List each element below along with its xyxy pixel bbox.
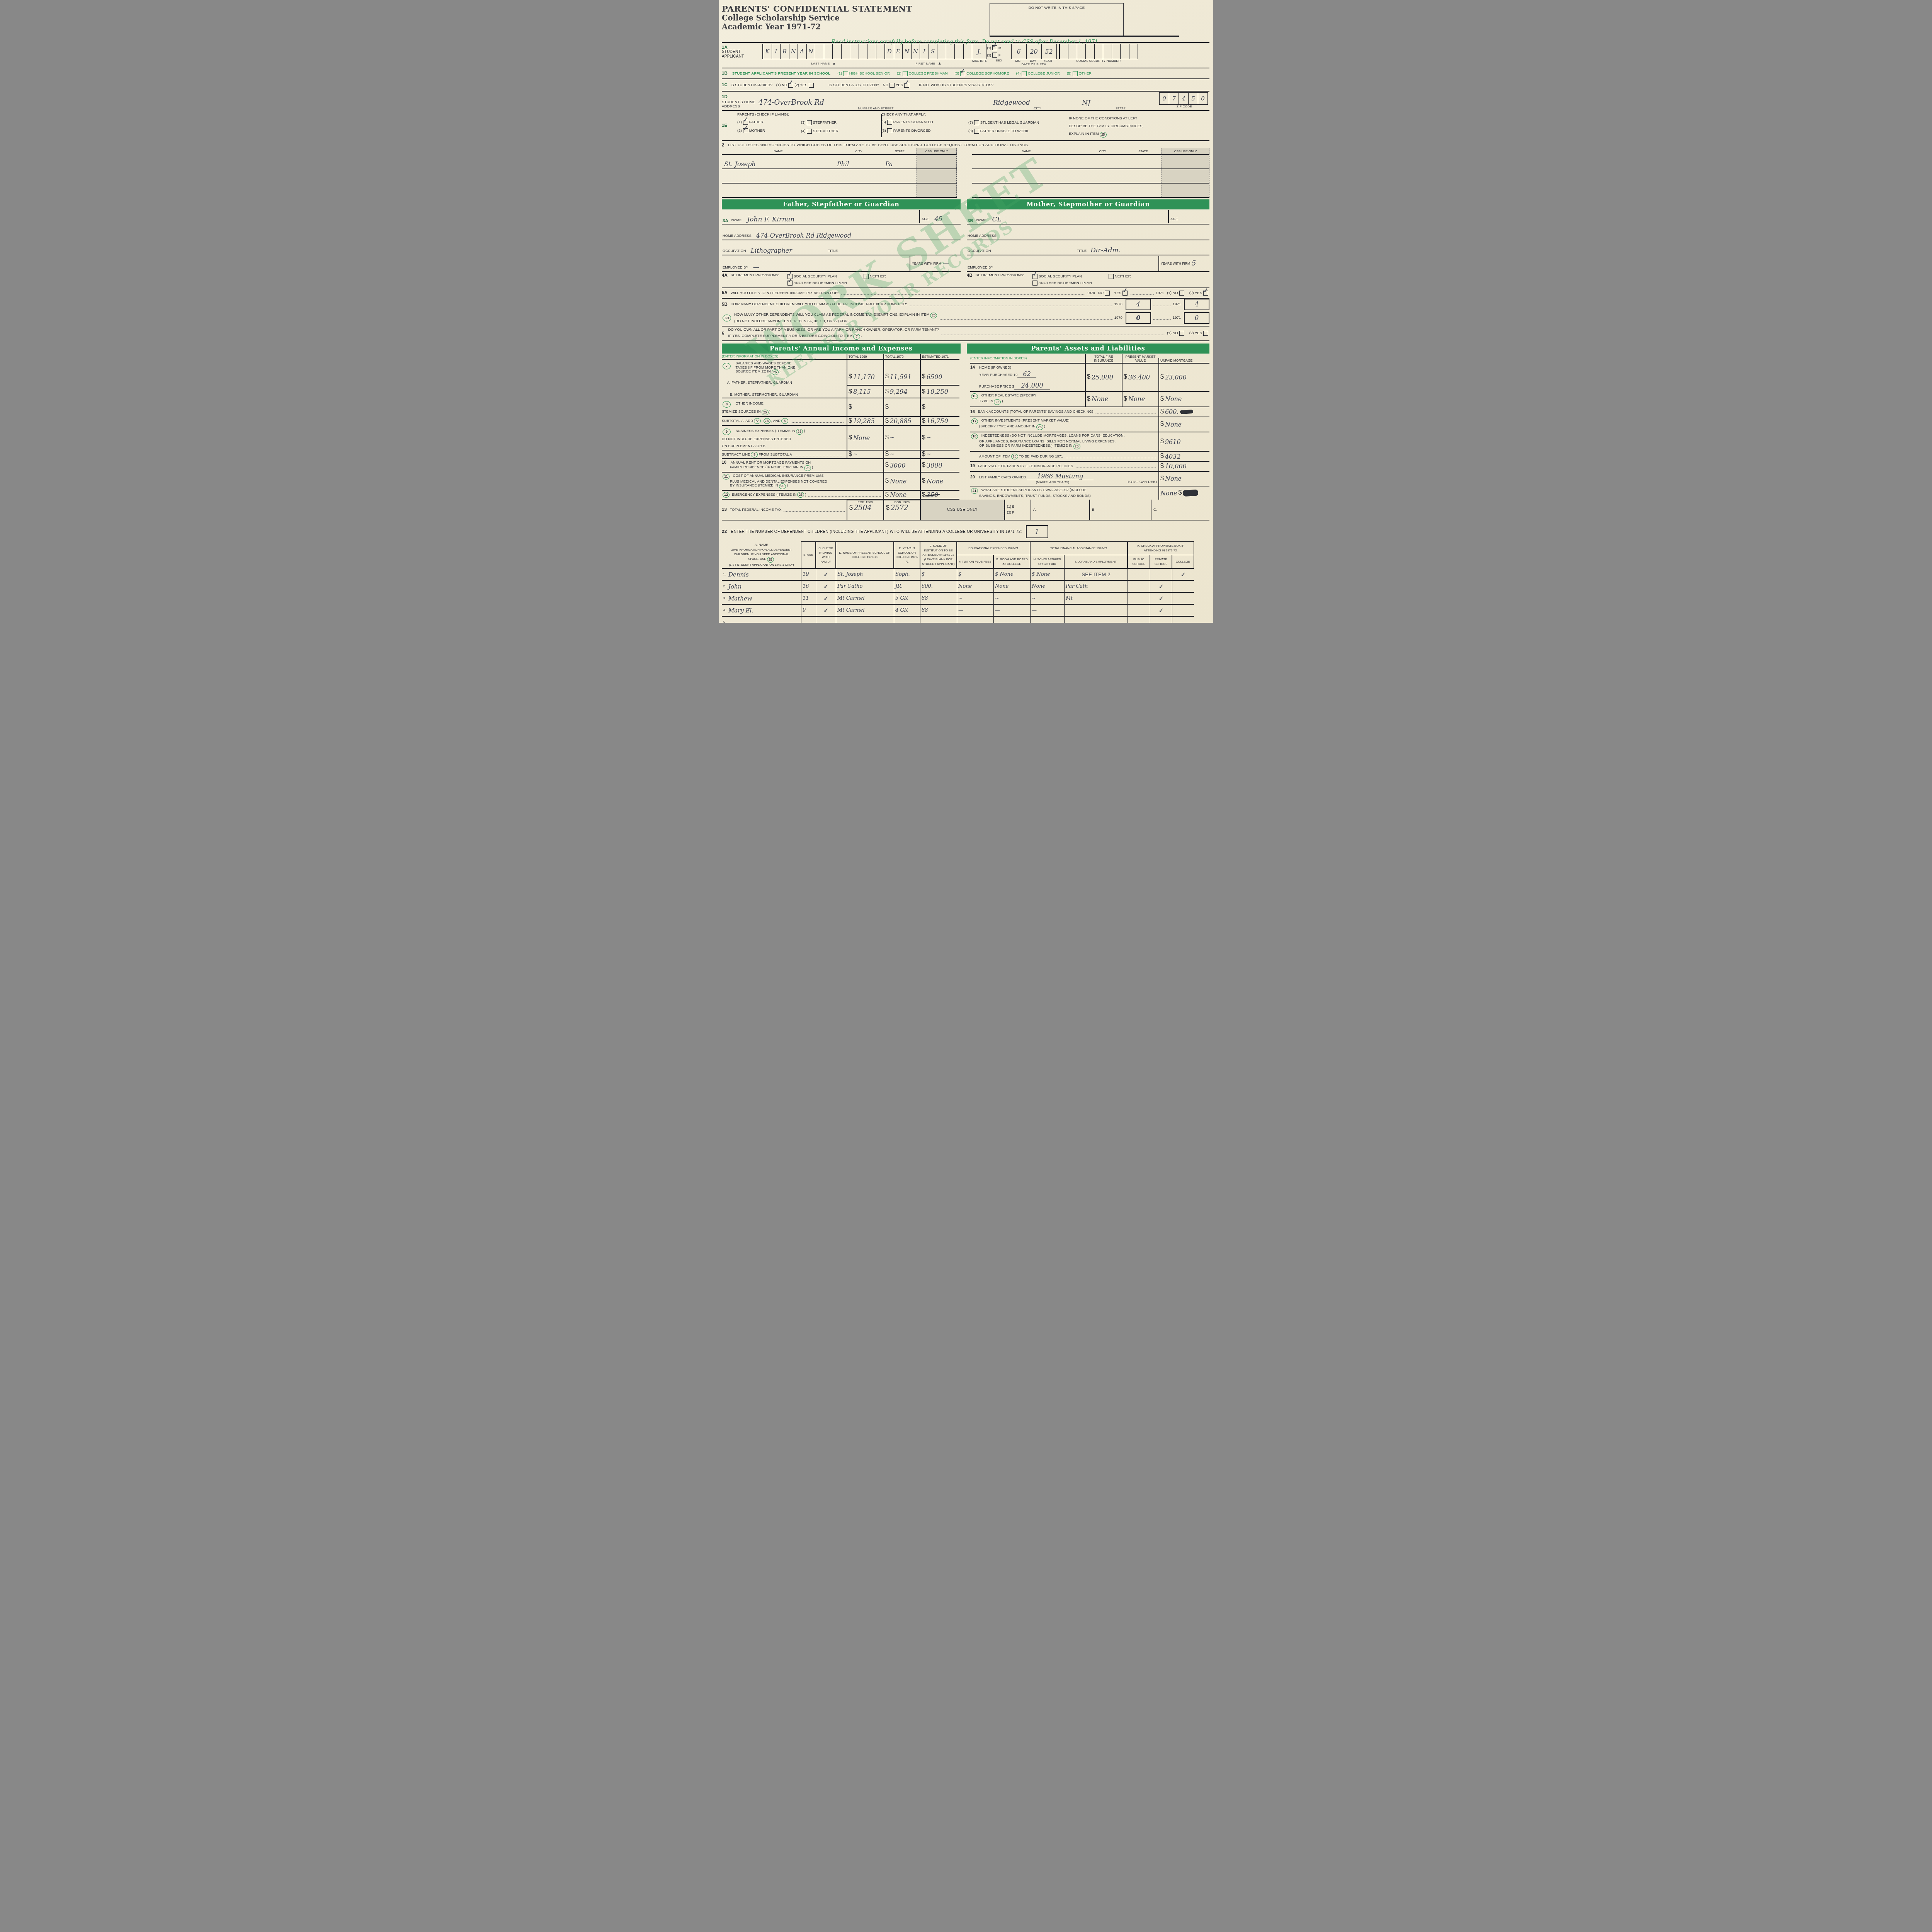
college-row-empty[interactable]: [972, 183, 1080, 197]
letter-box[interactable]: [1120, 44, 1129, 59]
sex-male-checkbox[interactable]: ✓: [992, 45, 997, 50]
child-living-cell[interactable]: ✓: [816, 616, 836, 623]
dependents-1971-box[interactable]: 4: [1184, 299, 1209, 310]
child-age-cell[interactable]: [801, 616, 816, 623]
letter-box[interactable]: 5: [1189, 92, 1198, 105]
letter-box[interactable]: K: [763, 44, 772, 59]
stepmother-label: STEPMOTHER: [813, 129, 838, 133]
stepmother-checkbox[interactable]: ✓: [807, 129, 812, 134]
child-year-cell[interactable]: 4 GR: [894, 604, 920, 616]
family-cars-label: 20 LIST FAMILY CARS OWNED 1966 Mustang (…: [970, 472, 1158, 487]
col-city: CITY: [835, 148, 883, 154]
dependents-1970-box[interactable]: 4: [1126, 299, 1151, 310]
bank-accounts-value[interactable]: $600.: [1158, 407, 1209, 417]
subtotal-1969[interactable]: $19,285: [847, 417, 883, 426]
child-school-cell[interactable]: Mt Carmel: [836, 592, 894, 604]
medical-1971[interactable]: $None: [920, 473, 959, 491]
head-public: PUBLIC SCHOOL: [1128, 555, 1150, 568]
college-freshman-checkbox[interactable]: ✓: [903, 71, 908, 76]
ore-market-value[interactable]: $None: [1122, 392, 1158, 408]
mother-band: Mother, Stepmother or Guardian: [967, 199, 1209, 209]
day-caption: DAY: [1026, 59, 1041, 63]
form-title: PARENTS' CONFIDENTIAL STATEMENT: [722, 4, 1209, 14]
father-unable-label: FATHER UNABLE TO WORK: [980, 129, 1029, 133]
letter-box[interactable]: [1094, 44, 1103, 59]
child-college-cell[interactable]: ✓: [1172, 580, 1194, 592]
medical-1970[interactable]: $None: [883, 473, 920, 491]
letter-box[interactable]: [867, 44, 876, 59]
net-1970[interactable]: $~: [883, 451, 920, 459]
net-1969[interactable]: $~: [847, 451, 883, 459]
father-wages-1969[interactable]: $11,170: [847, 369, 883, 386]
citizen-question: IS STUDENT A U.S. CITIZEN?: [829, 83, 879, 87]
head-k: K. CHECK APPROPRIATE BOX IF ATTENDING IN…: [1128, 541, 1194, 554]
college-junior-checkbox[interactable]: ✓: [1022, 71, 1027, 76]
assets-table: (ENTER INFORMATION IN BOXES) TOTAL FIRE …: [970, 354, 1209, 500]
letter-box[interactable]: [815, 44, 824, 59]
married-no-checkbox[interactable]: ✓: [788, 83, 793, 88]
mother-wages-1970[interactable]: $9,294: [883, 386, 920, 398]
business-question: DO YOU OWN ALL OR PART OF A BUSINESS, OR…: [728, 327, 939, 333]
child-institution-cell[interactable]: Mt: [1064, 592, 1128, 604]
mother-wages-1971[interactable]: $10,250: [920, 386, 959, 398]
bus-exp-1971[interactable]: $~: [920, 426, 959, 451]
car-debt-value[interactable]: $None: [1158, 472, 1209, 487]
letter-box[interactable]: R: [780, 44, 789, 59]
letter-box[interactable]: [1077, 44, 1086, 59]
other-income-1971[interactable]: $: [920, 398, 959, 417]
child-tuition-cell[interactable]: 88: [920, 592, 957, 604]
child-private-cell[interactable]: ✓: [1150, 616, 1172, 623]
child-room-cell[interactable]: [957, 616, 993, 623]
sex-field: (1) ✓ M (2) ✓ F SEX: [987, 44, 1011, 68]
child-private-cell[interactable]: ✓: [1150, 568, 1172, 580]
child-school-cell[interactable]: Par Catho: [836, 580, 894, 592]
child-year-cell[interactable]: Soph.: [894, 568, 920, 580]
col-name: NAME: [722, 148, 835, 154]
state-field[interactable]: NJ STATE: [1082, 92, 1159, 110]
child-school-cell[interactable]: Mt Carmel: [836, 604, 894, 616]
do-not-write-label: DO NOT WRITE IN THIS SPACE: [990, 6, 1123, 10]
mother-years-entry[interactable]: 5: [1192, 259, 1196, 268]
child-loans-cell[interactable]: ~: [1030, 592, 1064, 604]
legal-guardian-label: STUDENT HAS LEGAL GUARDIAN: [980, 121, 1039, 125]
row-1c: 1C IS STUDENT MARRIED? (1) NO✓ (2) YES✓ …: [722, 79, 1209, 92]
ink-scribble: [1180, 410, 1193, 414]
father-years-entry[interactable]: —: [943, 260, 949, 267]
letter-box[interactable]: 0: [1159, 92, 1169, 105]
stepfather-label: STEPFATHER: [813, 121, 837, 125]
joint-1971-no-checkbox[interactable]: ✓: [1179, 291, 1184, 296]
tax-1970-cell[interactable]: FOR 1970 $2572: [883, 500, 920, 520]
child-college-cell[interactable]: ✓: [1172, 604, 1194, 616]
amount-paid-1971-value[interactable]: $4032: [1158, 452, 1209, 462]
city-field[interactable]: Ridgewood CITY: [993, 92, 1082, 110]
child-tuition-cell[interactable]: [920, 616, 957, 623]
letter-box[interactable]: 0: [1198, 92, 1208, 105]
stepfather-checkbox[interactable]: ✓: [807, 120, 812, 125]
first-name-caption: FIRST NAME: [915, 62, 935, 65]
css-b-cell: B.: [1089, 500, 1151, 520]
college-sophomore-label: COLLEGE SOPHOMORE: [966, 71, 1009, 76]
attending-count-box[interactable]: 1: [1026, 525, 1048, 538]
child-age-cell[interactable]: 11: [801, 592, 816, 604]
purchase-price-entry[interactable]: 24,000: [1014, 382, 1050, 389]
letter-box[interactable]: [963, 44, 972, 59]
neither-checkbox-4a[interactable]: ✓: [864, 274, 869, 279]
student-assets-value[interactable]: None$: [1158, 486, 1209, 500]
child-private-cell[interactable]: ✓: [1150, 604, 1172, 616]
child-year-cell[interactable]: JR.: [894, 580, 920, 592]
parents-separated-checkbox[interactable]: ✓: [887, 120, 892, 125]
family-cars-entry[interactable]: 1966 Mustang: [1027, 473, 1094, 480]
college-row-empty[interactable]: [722, 183, 835, 197]
mother-wages-1969[interactable]: $8,115: [847, 386, 883, 398]
letter-box[interactable]: A: [798, 44, 806, 59]
child-scholarship-cell[interactable]: [993, 616, 1030, 623]
student-assets-label: 21 WHAT ARE STUDENT APPLICANT'S OWN ASSE…: [970, 486, 1158, 500]
other-real-estate-label: 15 OTHER REAL ESTATE (SPECIFY TYPE IN25): [970, 392, 1085, 408]
item-25-circle: 25: [1100, 132, 1107, 138]
medical-label: 11 COST OF ANNUAL MEDICAL INSURANCE PREM…: [722, 473, 883, 491]
letter-box[interactable]: [1068, 44, 1077, 59]
joint-1970-no-checkbox[interactable]: ✓: [1105, 291, 1110, 296]
hs-senior-checkbox[interactable]: ✓: [843, 71, 848, 76]
citizen-yes-checkbox[interactable]: ✓: [904, 83, 909, 88]
mid-init-caption: MID. INIT.: [972, 59, 987, 63]
neither-label: NEITHER: [870, 274, 886, 279]
father-occupation-entry[interactable]: Lithographer: [751, 247, 828, 254]
child-scholarship-cell[interactable]: —: [993, 604, 1030, 616]
letter-box[interactable]: [1103, 44, 1112, 59]
father-wages-1971[interactable]: $6500: [920, 369, 959, 386]
parents-divorced-label: PARENTS DIVORCED: [893, 129, 931, 133]
mother-wages-label: B. MOTHER, STEPMOTHER, GUARDIAN: [730, 393, 798, 397]
head-room-board: G. ROOM AND BOARD AT COLLEGE: [993, 555, 1030, 568]
child-name-cell[interactable]: 1.Dennis: [722, 568, 801, 580]
college-row-empty[interactable]: [972, 154, 1080, 168]
item-1d-number: 1D: [722, 95, 728, 99]
last-name-field[interactable]: KIRNAN LAST NAME▲: [762, 44, 885, 68]
mother-label: MOTHER: [749, 129, 765, 133]
college-name-entry[interactable]: St. Joseph: [722, 154, 835, 168]
home-market-value[interactable]: $36,400: [1122, 364, 1158, 391]
letter-box[interactable]: [1085, 44, 1094, 59]
child-scholarship-cell[interactable]: None: [993, 580, 1030, 592]
letter-box[interactable]: N: [789, 44, 798, 59]
row-1b: 1B STUDENT APPLICANT'S PRESENT YEAR IN S…: [722, 68, 1209, 79]
other-year-checkbox[interactable]: ✓: [1073, 71, 1078, 76]
col-css-use: CSS USE ONLY: [917, 148, 957, 154]
year-purchased-entry[interactable]: 62: [1017, 370, 1036, 378]
head-living: C. CHECK IF LIVING WITH FAMILY: [816, 541, 836, 568]
child-living-cell[interactable]: ✓: [816, 592, 836, 604]
head-college: COLLEGE: [1172, 555, 1194, 568]
letter-box[interactable]: I: [772, 44, 781, 59]
rent-1970[interactable]: $3000: [883, 459, 920, 473]
child-age-cell[interactable]: 9: [801, 604, 816, 616]
colleges-label: LIST COLLEGES AND AGENCIES TO WHICH COPI…: [728, 143, 1029, 147]
college-row-empty[interactable]: [722, 168, 835, 183]
row-5a: 5AWILL YOU FILE A JOINT FEDERAL INCOME T…: [722, 288, 1209, 299]
divider: [990, 36, 1179, 37]
head-loans: I. LOANS AND EMPLOYMENT: [1064, 555, 1128, 568]
other-income-1969[interactable]: $: [847, 398, 883, 417]
letter-box[interactable]: [850, 44, 859, 59]
father-band: Father, Stepfather or Guardian: [722, 199, 961, 209]
married-question: IS STUDENT MARRIED?: [731, 83, 772, 87]
letter-box[interactable]: E: [894, 44, 903, 59]
child-name-cell[interactable]: 5.: [722, 616, 801, 623]
ssn-caption: SOCIAL SECURITY NUMBER: [1059, 59, 1138, 63]
bus-exp-1969[interactable]: $None: [847, 426, 883, 451]
head-scholarships: H. SCHOLARSHIPS OR GIFT AID: [1030, 555, 1064, 568]
father-age-entry[interactable]: 45: [935, 215, 942, 223]
rent-label: 10 ANNUAL RENT OR MORTGAGE PAYMENTS ON F…: [722, 459, 883, 473]
child-school-cell[interactable]: St. Joseph: [836, 568, 894, 580]
child-room-cell[interactable]: ~: [957, 592, 993, 604]
letter-box[interactable]: [937, 44, 946, 59]
letter-box[interactable]: N: [911, 44, 920, 59]
net-1971[interactable]: $~: [920, 451, 959, 459]
child-age-cell[interactable]: 19: [801, 568, 816, 580]
head-tuition: F. TUITION PLUS FEES: [957, 555, 993, 568]
college-tables: NAME CITY STATE CSS USE ONLY St. Joseph …: [722, 148, 1209, 198]
child-public-cell[interactable]: ✓: [1128, 604, 1150, 616]
parents-divorced-checkbox[interactable]: ✓: [887, 128, 892, 133]
mother-name-entry[interactable]: CL: [992, 216, 1168, 223]
letter-box[interactable]: [859, 44, 867, 59]
child-living-cell[interactable]: ✓: [816, 568, 836, 580]
ore-mortgage[interactable]: $None: [1158, 392, 1209, 408]
sex-male-label: M: [998, 46, 1001, 50]
head-name: A. NAME GIVE INFORMATION FOR ALL DEPENDE…: [722, 541, 801, 568]
child-public-cell[interactable]: ✓: [1128, 592, 1150, 604]
css-use-cell: [917, 154, 957, 168]
city-caption: CITY: [993, 107, 1082, 110]
row-1d: 1D STUDENT'S HOME ADDRESS 474-OverBrook …: [722, 92, 1209, 111]
letter-box[interactable]: [876, 44, 885, 59]
business-no-checkbox[interactable]: ✓: [1179, 331, 1184, 336]
ssn-field[interactable]: SOCIAL SECURITY NUMBER: [1059, 44, 1138, 68]
child-name-cell[interactable]: 4.Mary El.: [722, 604, 801, 616]
father-info: 3A NAME John F. Kirnan AGE45 HOME ADDRES…: [722, 209, 961, 272]
father-employer-entry[interactable]: —: [753, 264, 910, 271]
child-room-cell[interactable]: None: [957, 580, 993, 592]
mother-checkbox[interactable]: ✓: [743, 128, 748, 133]
emergency-1971[interactable]: $350: [920, 491, 959, 500]
ss-plan-checkbox-4b[interactable]: ✓: [1032, 274, 1037, 279]
salaries-label: SALARIES AND WAGES BEFORETAXES (IF FROM …: [735, 361, 824, 376]
letter-box[interactable]: [832, 44, 841, 59]
joint-1970-yes-checkbox[interactable]: ✓: [1122, 291, 1128, 296]
item-1b-number: 1B: [722, 71, 728, 76]
row-5c: 5C HOW MANY OTHER DEPENDENTS WILL YOU CL…: [722, 310, 1209, 327]
college-row-empty[interactable]: [972, 168, 1080, 183]
another-plan-checkbox-4b[interactable]: ✓: [1032, 281, 1037, 286]
tax-1969-cell[interactable]: FOR 1969 $2504: [847, 500, 883, 520]
college-sophomore-checkbox[interactable]: ✓: [960, 71, 965, 76]
child-public-cell[interactable]: ✓: [1128, 568, 1150, 580]
ss-plan-label: SOCIAL SECURITY PLAN: [794, 274, 837, 279]
child-public-cell[interactable]: ✓: [1128, 616, 1150, 623]
child-scholarship-cell[interactable]: $ None: [993, 568, 1030, 580]
date-of-birth-field[interactable]: 6 20 52 MO. DAY YEAR DATE OF BIRTH: [1011, 44, 1057, 68]
father-wages-1970[interactable]: $11,591: [883, 369, 920, 386]
married-no-label: NO: [782, 83, 787, 87]
child-college-cell[interactable]: ✓: [1172, 592, 1194, 604]
home-label: 14 HOME (IF OWNED) YEAR PURCHASED 1962 P…: [970, 364, 1085, 391]
row-5b: 5BHOW MANY DEPENDENT CHILDREN WILL YOU C…: [722, 299, 1209, 310]
zip-field[interactable]: 07450 ZIP CODE: [1159, 92, 1209, 110]
head-school: D. NAME OF PRESENT SCHOOL OR COLLEGE 197…: [836, 541, 894, 568]
retirement-4a: 4ARETIREMENT PROVISIONS: ✓SOCIAL SECURIT…: [722, 272, 961, 287]
child-room-cell[interactable]: —: [957, 604, 993, 616]
letter-box[interactable]: [841, 44, 850, 59]
child-year-cell[interactable]: [894, 616, 920, 623]
child-age-cell[interactable]: 16: [801, 580, 816, 592]
hs-senior-label: HIGH SCHOOL SENIOR: [849, 71, 890, 76]
explain-note: IF NONE OF THE CONDITIONS AT LEFT DESCRI…: [1069, 112, 1209, 138]
col-state: STATE: [883, 148, 917, 154]
child-institution-cell[interactable]: SEE ITEM 2: [1064, 568, 1128, 580]
letter-box[interactable]: [1112, 44, 1121, 59]
letter-box[interactable]: I: [920, 44, 929, 59]
neither-checkbox-4b[interactable]: ✓: [1109, 274, 1114, 279]
child-private-cell[interactable]: ✓: [1150, 580, 1172, 592]
life-insurance-value[interactable]: $10,000: [1158, 462, 1209, 472]
joint-1971-yes-checkbox[interactable]: ✓: [1203, 291, 1208, 296]
other-year-label: OTHER: [1079, 71, 1092, 76]
child-public-cell[interactable]: ✓: [1128, 580, 1150, 592]
home-unpaid-mortgage[interactable]: $23,000: [1158, 364, 1209, 391]
father-unable-checkbox[interactable]: ✓: [974, 129, 979, 134]
child-loans-cell[interactable]: [1030, 616, 1064, 623]
child-name-cell[interactable]: 2.John: [722, 580, 801, 592]
letter-box[interactable]: [946, 44, 955, 59]
item-1e-number: 1E: [722, 123, 727, 128]
visa-status-question: IF NO, WHAT IS STUDENT'S VISA STATUS?: [919, 83, 993, 87]
letter-box[interactable]: 4: [1179, 92, 1189, 105]
legal-guardian-checkbox[interactable]: ✓: [974, 120, 979, 125]
child-living-cell[interactable]: ✓: [816, 580, 836, 592]
month-caption: MO.: [1011, 59, 1026, 63]
child-school-cell[interactable]: [836, 616, 894, 623]
head-private: PRIVATE SCHOOL: [1150, 555, 1172, 568]
child-loans-cell[interactable]: $ None: [1030, 568, 1064, 580]
college-state-entry[interactable]: Pa: [883, 154, 917, 168]
letter-box[interactable]: [824, 44, 833, 59]
child-institution-cell[interactable]: Par Cath: [1064, 580, 1128, 592]
child-loans-cell[interactable]: None: [1030, 580, 1064, 592]
letter-box[interactable]: [1060, 44, 1068, 59]
css-bf-flags: (1) B(2) F: [1004, 500, 1031, 520]
married-yes-label: YES: [800, 83, 808, 87]
federal-tax-label: 13 TOTAL FEDERAL INCOME TAX: [722, 500, 847, 520]
child-room-cell[interactable]: $: [957, 568, 993, 580]
subtotal-1971[interactable]: $16,750: [920, 417, 959, 426]
other-investments-value[interactable]: $None: [1158, 417, 1209, 433]
indebtedness-value[interactable]: $9610: [1158, 432, 1209, 452]
first-name-field[interactable]: DENNIS FIRST NAME▲: [885, 44, 972, 68]
mother-info: 3B NAME CL AGE HOME ADDRESS OCCUPATION T…: [967, 209, 1209, 272]
child-tuition-cell[interactable]: 600.: [920, 580, 957, 592]
bus-exp-1970[interactable]: $~: [883, 426, 920, 451]
child-institution-cell[interactable]: [1064, 616, 1128, 623]
state-caption: STATE: [1082, 107, 1159, 110]
column-marker-icon: ▲: [938, 61, 942, 66]
item-5c-number: 5C: [723, 315, 731, 321]
letter-box[interactable]: N: [806, 44, 815, 59]
dependent-children-table: A. NAME GIVE INFORMATION FOR ALL DEPENDE…: [722, 541, 1209, 568]
letter-box[interactable]: [954, 44, 963, 59]
subtotal-1970[interactable]: $20,885: [883, 417, 920, 426]
home-address-label: STUDENT'S HOME ADDRESS: [722, 100, 759, 109]
child-living-cell[interactable]: ✓: [816, 604, 836, 616]
street-field[interactable]: 474-OverBrook Rd NUMBER AND STREET: [759, 92, 993, 110]
father-name-entry[interactable]: John F. Kirnan: [747, 216, 919, 223]
child-name-cell[interactable]: 3.Mathew: [722, 592, 801, 604]
letter-box[interactable]: D: [885, 44, 894, 59]
mother-title-entry[interactable]: Dir-Adm.: [1090, 247, 1209, 254]
subtotal-label: SUBTOTAL A: ADD7A,7B, AND8: [722, 417, 847, 426]
citizen-no-checkbox[interactable]: ✓: [889, 83, 895, 88]
another-plan-checkbox-4a[interactable]: ✓: [787, 281, 793, 286]
other-dep-1971-box[interactable]: 0: [1184, 312, 1209, 324]
letter-box[interactable]: 7: [1169, 92, 1179, 105]
college-city-entry[interactable]: Phil: [835, 154, 883, 168]
css-c-cell: C.: [1151, 500, 1209, 520]
emergency-1970[interactable]: $None: [883, 491, 920, 500]
child-scholarship-cell[interactable]: ~: [993, 592, 1030, 604]
child-loans-cell[interactable]: —: [1030, 604, 1064, 616]
ore-fire-ins[interactable]: $None: [1085, 392, 1122, 408]
amount-paid-1971-label: AMOUNT OF ITEM18TO BE PAID DURING 1971: [970, 452, 1158, 462]
letter-box[interactable]: [1129, 44, 1138, 59]
married-yes-checkbox[interactable]: ✓: [809, 83, 814, 88]
column-marker-icon: ▲: [832, 61, 836, 66]
other-income-1970[interactable]: $: [883, 398, 920, 417]
bank-accounts-label: 16 BANK ACCOUNTS (TOTAL OF PARENTS' SAVI…: [970, 407, 1158, 417]
child-year-cell[interactable]: 5 GR: [894, 592, 920, 604]
father-address-entry[interactable]: 474-OverBrook Rd Ridgewood: [756, 232, 851, 239]
head-fin-assist: TOTAL FINANCIAL ASSISTANCE 1970-71: [1030, 541, 1128, 554]
sex-female-label: F: [998, 53, 1000, 57]
child-institution-cell[interactable]: [1064, 604, 1128, 616]
last-name-caption: LAST NAME: [811, 62, 830, 65]
child-tuition-cell[interactable]: 88: [920, 604, 957, 616]
child-college-cell[interactable]: ✓: [1172, 568, 1194, 580]
form-subtitle: College Scholarship Service: [722, 14, 1209, 22]
letter-box[interactable]: S: [929, 44, 937, 59]
row-1e: 1E PARENTS (CHECK IF LIVING): (1)✓FATHER…: [722, 111, 1209, 141]
middle-initial-field[interactable]: J. MID. INIT.: [972, 44, 987, 68]
sex-female-checkbox[interactable]: ✓: [992, 53, 997, 58]
child-college-cell[interactable]: ✓: [1172, 616, 1194, 623]
head-year: E. YEAR IN SCHOOL OR COLLEGE 1970-71: [894, 541, 920, 568]
child-private-cell[interactable]: ✓: [1150, 592, 1172, 604]
indebtedness-label: 18 INDEBTEDNESS (DO NOT INCLUDE MORTGAGE…: [970, 432, 1158, 452]
home-fire-ins[interactable]: $25,000: [1085, 364, 1122, 391]
college-table-right: NAME CITY STATE CSS USE ONLY: [972, 148, 1209, 198]
business-yes-checkbox[interactable]: ✓: [1203, 331, 1208, 336]
letter-box[interactable]: N: [902, 44, 911, 59]
child-tuition-cell[interactable]: $: [920, 568, 957, 580]
section-2-header: 2LIST COLLEGES AND AGENCIES TO WHICH COP…: [722, 141, 1209, 148]
sex-caption: SEX: [987, 59, 1011, 62]
rent-1971[interactable]: $3000: [920, 459, 959, 473]
other-dep-1970-box[interactable]: 0: [1126, 312, 1151, 324]
